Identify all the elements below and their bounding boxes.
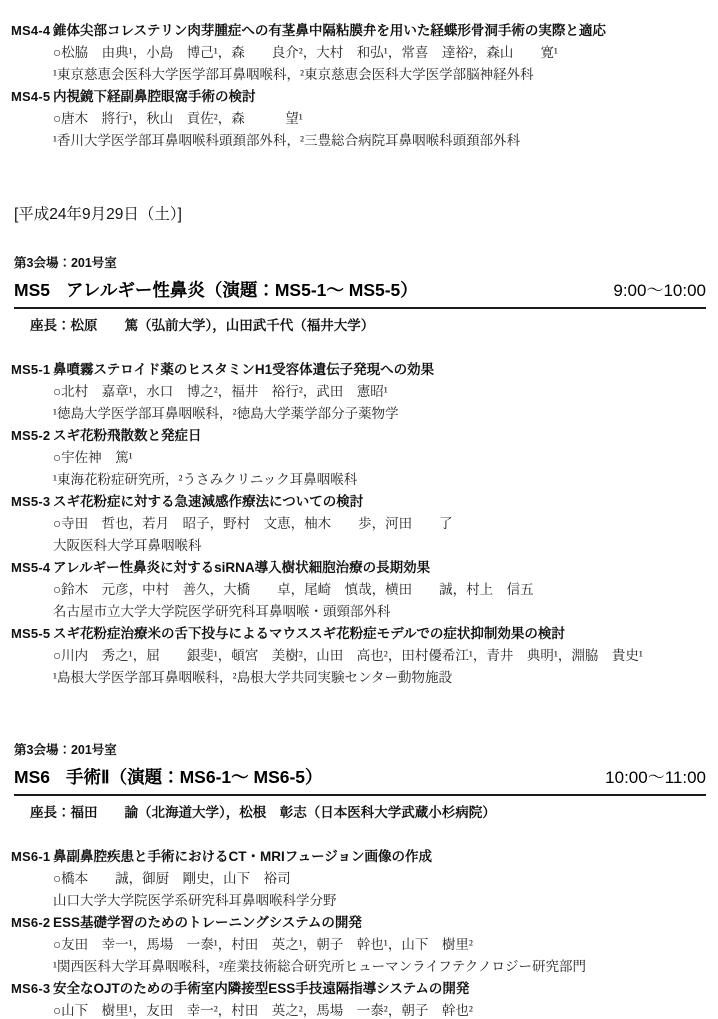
- item-title: ESS基礎学習のためのトレーニングシステムの開発: [53, 912, 718, 934]
- preceding-session-items: MS4-4 錐体尖部コレステリン肉芽腫症への有茎鼻中隔粘膜弁を用いた経蝶形骨洞手…: [0, 0, 718, 152]
- item-title: 安全なOJTのための手術室内隣接型ESS手技遠隔指導システムの開発: [53, 978, 718, 1000]
- item-affiliation: ¹香川大学医学部耳鼻咽喉科頭頚部外科，²三豊総合病院耳鼻咽喉科頭頚部外科: [53, 130, 718, 152]
- program-item: MS6-2 ESS基礎学習のためのトレーニングシステムの開発 ○友田 幸一¹，馬…: [0, 912, 718, 978]
- program-item: MS5-2 スギ花粉飛散数と発症日 ○宇佐神 篤¹ ¹東海花粉症研究所，²うさみ…: [0, 425, 718, 491]
- session-title-group: MS5 アレルギー性鼻炎（演題：MS5-1～ MS5-5）: [14, 277, 418, 302]
- session-items: MS5-1 鼻噴霧ステロイド薬のヒスタミンH1受容体遺伝子発現への効果 ○北村 …: [0, 359, 718, 689]
- program-item: MS5-4 アレルギー性鼻炎に対するsiRNA導入樹状細胞治療の長期効果 ○鈴木…: [0, 557, 718, 623]
- item-title: 内視鏡下経副鼻腔眼窩手術の検討: [53, 86, 718, 108]
- session-code: MS5: [14, 280, 50, 301]
- item-authors: ○松脇 由典¹，小島 博己¹，森 良介²，大村 和弘¹，常喜 達裕²，森山 寛¹: [53, 42, 718, 64]
- item-affiliation: ¹東京慈恵会医科大学医学部耳鼻咽喉科，²東京慈恵会医科大学医学部脳神経外科: [53, 64, 718, 86]
- item-title: スギ花粉飛散数と発症日: [53, 425, 718, 447]
- session-chairs: 座長：福田 諭（北海道大学），松根 彰志（日本医科大学武蔵小杉病院）: [30, 804, 718, 822]
- item-authors: ○唐木 將行¹，秋山 貢佐²，森 望¹: [53, 108, 718, 130]
- session-code: MS6: [14, 767, 50, 788]
- item-id: MS5-4: [11, 557, 50, 579]
- session-time: 10:00～11:00: [605, 763, 706, 788]
- session-title: 手術Ⅱ（演題：MS6-1～ MS6-5）: [66, 764, 323, 789]
- item-affiliation: ¹徳島大学医学部耳鼻咽喉科，²徳島大学薬学部分子薬物学: [53, 403, 718, 425]
- session-time: 9:00～10:00: [613, 276, 706, 301]
- item-authors: ○橋本 誠，御厨 剛史，山下 裕司: [53, 868, 718, 890]
- item-id: MS6-3: [11, 978, 50, 1000]
- session-venue: 第3会場：201号室: [14, 741, 718, 759]
- item-authors: ○川内 秀之¹，屈 銀斐¹，頓宮 美樹²，山田 高也²，田村優希江¹，青井 典明…: [53, 645, 718, 667]
- item-id: MS5-2: [11, 425, 50, 447]
- program-item: MS4-5 内視鏡下経副鼻腔眼窩手術の検討 ○唐木 將行¹，秋山 貢佐²，森 望…: [0, 86, 718, 152]
- item-id: MS5-3: [11, 491, 50, 513]
- item-affiliation: ¹東海花粉症研究所，²うさみクリニック耳鼻咽喉科: [53, 469, 718, 491]
- program-item: MS4-4 錐体尖部コレステリン肉芽腫症への有茎鼻中隔粘膜弁を用いた経蝶形骨洞手…: [0, 20, 718, 86]
- item-id: MS6-2: [11, 912, 50, 934]
- item-affiliation: 山口大学大学院医学系研究科耳鼻咽喉科学分野: [53, 890, 718, 912]
- item-id: MS4-5: [11, 86, 50, 108]
- session-title-group: MS6 手術Ⅱ（演題：MS6-1～ MS6-5）: [14, 764, 323, 789]
- program-item: MS6-1 鼻副鼻腔疾患と手術におけるCT・MRIフュージョン画像の作成 ○橋本…: [0, 846, 718, 912]
- session-items: MS6-1 鼻副鼻腔疾患と手術におけるCT・MRIフュージョン画像の作成 ○橋本…: [0, 846, 718, 1019]
- item-authors: ○山下 樹里¹，友田 幸一²，村田 英之²，馬場 一泰²，朝子 幹也²: [53, 1000, 718, 1019]
- item-title: アレルギー性鼻炎に対するsiRNA導入樹状細胞治療の長期効果: [53, 557, 718, 579]
- conference-program-page: MS4-4 錐体尖部コレステリン肉芽腫症への有茎鼻中隔粘膜弁を用いた経蝶形骨洞手…: [0, 0, 718, 1019]
- item-authors: ○宇佐神 篤¹: [53, 447, 718, 469]
- program-item: MS5-5 スギ花粉症治療米の舌下投与によるマウススギ花粉症モデルでの症状抑制効…: [0, 623, 718, 689]
- item-id: MS5-5: [11, 623, 50, 645]
- item-title: スギ花粉症治療米の舌下投与によるマウススギ花粉症モデルでの症状抑制効果の検討: [53, 623, 718, 645]
- item-authors: ○北村 嘉章¹，水口 博之²，福井 裕行²，武田 憲昭¹: [53, 381, 718, 403]
- item-affiliation: 大阪医科大学耳鼻咽喉科: [53, 535, 718, 557]
- date-header: [平成24年9月29日（土）]: [14, 202, 718, 224]
- program-item: MS5-3 スギ花粉症に対する急速減感作療法についての検討 ○寺田 哲也，若月 …: [0, 491, 718, 557]
- session-ms5: 第3会場：201号室 MS5 アレルギー性鼻炎（演題：MS5-1～ MS5-5）…: [0, 254, 718, 689]
- item-authors: ○寺田 哲也，若月 昭子，野村 文恵，柚木 歩，河田 了: [53, 513, 718, 535]
- item-title: 錐体尖部コレステリン肉芽腫症への有茎鼻中隔粘膜弁を用いた経蝶形骨洞手術の実際と適…: [53, 20, 718, 42]
- item-title: 鼻副鼻腔疾患と手術におけるCT・MRIフュージョン画像の作成: [53, 846, 718, 868]
- item-title: スギ花粉症に対する急速減感作療法についての検討: [53, 491, 718, 513]
- item-affiliation: 名古屋市立大学大学院医学研究科耳鼻咽喉・頭頸部外科: [53, 601, 718, 623]
- item-affiliation: ¹関西医科大学耳鼻咽喉科，²産業技術総合研究所ヒューマンライフテクノロジー研究部…: [53, 956, 718, 978]
- item-title: 鼻噴霧ステロイド薬のヒスタミンH1受容体遺伝子発現への効果: [53, 359, 718, 381]
- session-title: アレルギー性鼻炎（演題：MS5-1～ MS5-5）: [66, 277, 418, 302]
- item-affiliation: ¹島根大学医学部耳鼻咽喉科，²島根大学共同実験センター動物施設: [53, 667, 718, 689]
- item-authors: ○友田 幸一¹，馬場 一泰¹，村田 英之¹，朝子 幹也¹，山下 樹里²: [53, 934, 718, 956]
- item-id: MS6-1: [11, 846, 50, 868]
- session-chairs: 座長：松原 篤（弘前大学），山田武千代（福井大学）: [30, 317, 718, 335]
- item-authors: ○鈴木 元彦，中村 善久，大橋 卓，尾崎 慎哉，横田 誠，村上 信五: [53, 579, 718, 601]
- program-item: MS6-3 安全なOJTのための手術室内隣接型ESS手技遠隔指導システムの開発 …: [0, 978, 718, 1019]
- item-id: MS5-1: [11, 359, 50, 381]
- session-header: MS6 手術Ⅱ（演題：MS6-1～ MS6-5） 10:00～11:00: [14, 763, 706, 796]
- item-id: MS4-4: [11, 20, 50, 42]
- session-venue: 第3会場：201号室: [14, 254, 718, 272]
- session-ms6: 第3会場：201号室 MS6 手術Ⅱ（演題：MS6-1～ MS6-5） 10:0…: [0, 741, 718, 1019]
- program-item: MS5-1 鼻噴霧ステロイド薬のヒスタミンH1受容体遺伝子発現への効果 ○北村 …: [0, 359, 718, 425]
- session-header: MS5 アレルギー性鼻炎（演題：MS5-1～ MS5-5） 9:00～10:00: [14, 276, 706, 309]
